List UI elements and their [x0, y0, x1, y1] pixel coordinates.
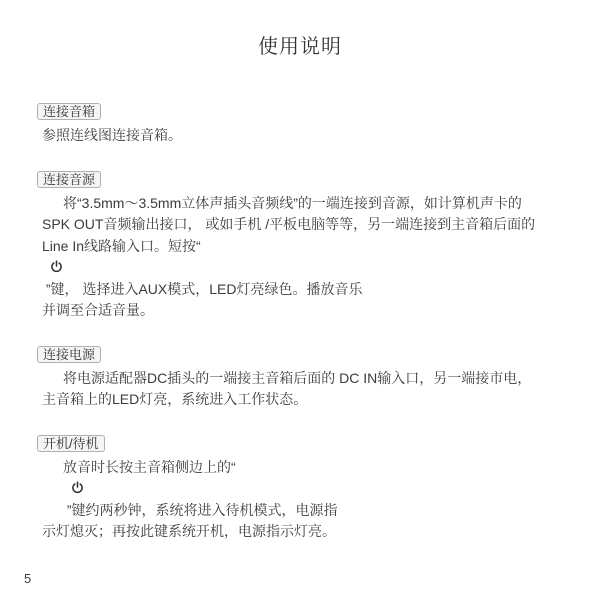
section-heading-badge: 连接音箱 [37, 103, 101, 120]
section-heading: 连接音箱 [43, 104, 95, 119]
manual-section: 开机/待机 放音时长按主音箱侧边上的“ ”键约两秒钟，系统将进入待机模式，电源指… [42, 435, 558, 543]
paragraph-line: 示灯熄灭；再按此键系统开机，电源指示灯亮。 [42, 521, 558, 543]
power-icon [71, 481, 84, 494]
manual-section: 连接音源 将“3.5mm～3.5mm立体声插头音频线”的一端连接到音源，如计算机… [42, 171, 558, 322]
sections: 连接音箱 参照连线图连接音箱。 连接音源 将“3.5mm～3.5mm立体声插头音… [42, 103, 558, 543]
manual-section: 连接电源 将电源适配器DC插头的一端接主音箱后面的 DC IN输入口，另一端接市… [42, 346, 558, 411]
manual-page: 使用说明 连接音箱 参照连线图连接音箱。 连接音源 将“3.5mm～3.5mm立… [0, 0, 600, 599]
paragraph-line: 参照连线图连接音箱。 [42, 125, 558, 147]
paragraph-line: 放音时长按主音箱侧边上的“ ”键约两秒钟，系统将进入待机模式，电源指 [42, 457, 558, 522]
section-heading-badge: 连接音源 [37, 171, 101, 188]
page-title: 使用说明 [0, 0, 600, 59]
page-content: 连接音箱 参照连线图连接音箱。 连接音源 将“3.5mm～3.5mm立体声插头音… [0, 103, 600, 543]
section-heading: 连接电源 [43, 347, 95, 362]
paragraph-line: 将“3.5mm～3.5mm立体声插头音频线”的一端连接到音源，如计算机声卡的 [42, 193, 558, 215]
section-heading: 开机/待机 [43, 436, 99, 451]
section-heading-badge: 连接电源 [37, 346, 101, 363]
manual-section: 连接音箱 参照连线图连接音箱。 [42, 103, 558, 147]
power-icon [50, 260, 63, 273]
paragraph-line: 将电源适配器DC插头的一端接主音箱后面的 DC IN输入口，另一端接市电， [42, 368, 558, 390]
paragraph-line: 并调至合适音量。 [42, 300, 558, 322]
section-paragraph: 将“3.5mm～3.5mm立体声插头音频线”的一端连接到音源，如计算机声卡的SP… [42, 193, 558, 322]
section-heading: 连接音源 [43, 172, 95, 187]
paragraph-line: 主音箱上的LED灯亮，系统进入工作状态。 [42, 389, 558, 411]
section-paragraph: 将电源适配器DC插头的一端接主音箱后面的 DC IN输入口，另一端接市电，主音箱… [42, 368, 558, 411]
section-paragraph: 参照连线图连接音箱。 [42, 125, 558, 147]
section-paragraph: 放音时长按主音箱侧边上的“ ”键约两秒钟，系统将进入待机模式，电源指示灯熄灭；再… [42, 457, 558, 543]
page-number: 5 [24, 571, 31, 586]
paragraph-line: Line In线路输入口。短按“ ”键， 选择进入AUX模式，LED灯亮绿色。播… [42, 236, 558, 301]
section-heading-badge: 开机/待机 [37, 435, 105, 452]
paragraph-line: SPK OUT音频输出接口， 或如手机 /平板电脑等等，另一端连接到主音箱后面的 [42, 214, 558, 236]
